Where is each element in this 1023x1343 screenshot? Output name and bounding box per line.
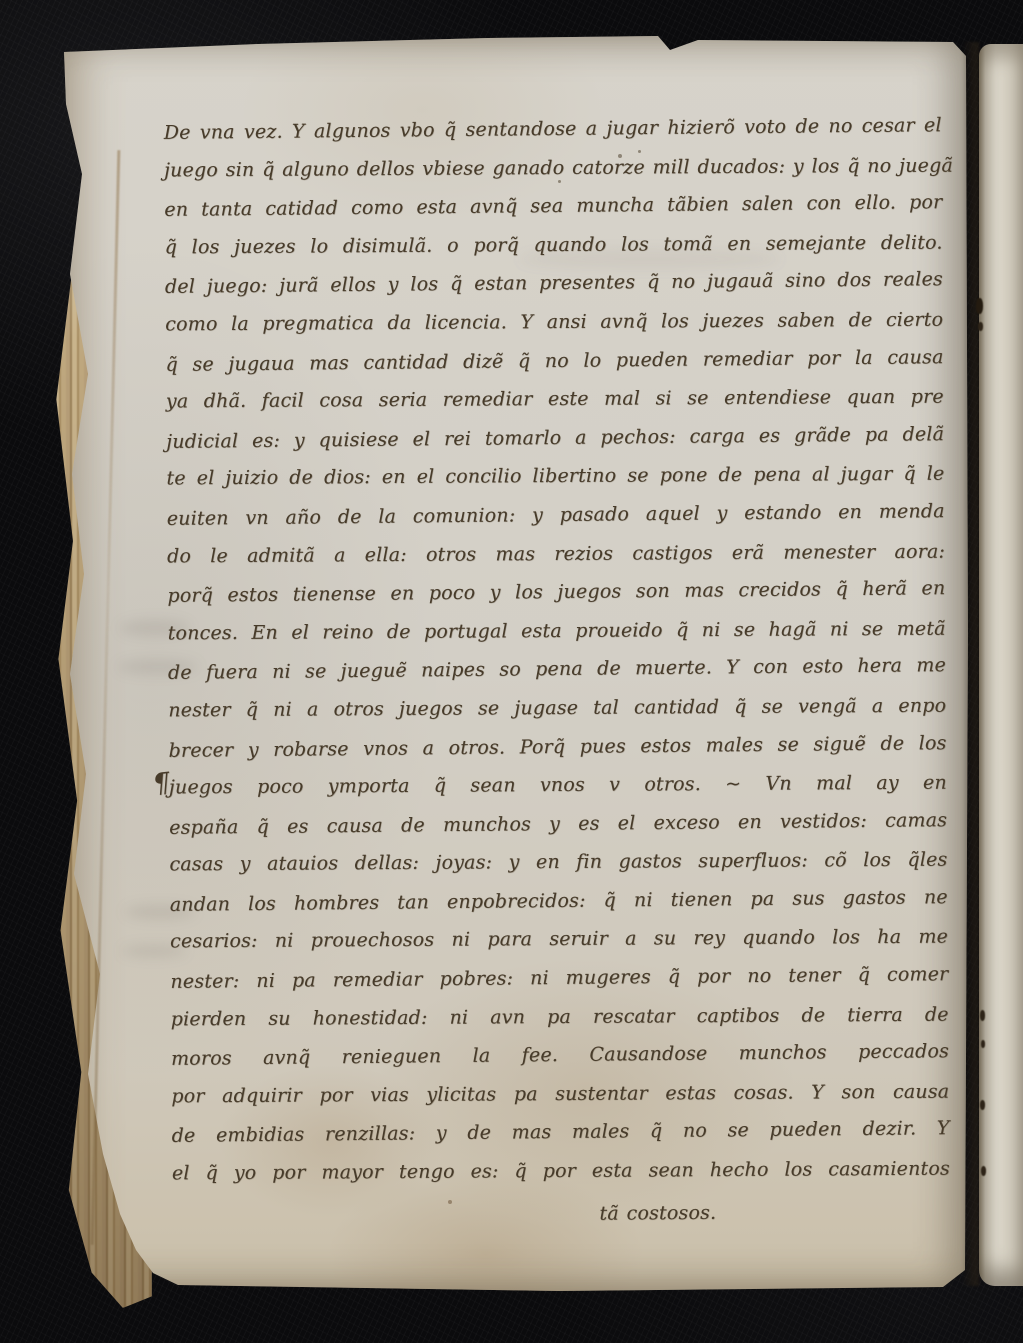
- manuscript-line: de embidias renzillas: y de mas males q̃…: [171, 1110, 949, 1156]
- stitch-dot: [980, 1010, 985, 1021]
- manuscript-line: pierden su honestidad: ni avn pa rescata…: [171, 995, 949, 1038]
- stitch-dot: [981, 1040, 985, 1048]
- manuscript-line: como la pregmatica da licencia. Y ansi a…: [165, 301, 943, 344]
- manuscript-line: ya dhã. facil cosa seria remediar este m…: [166, 378, 944, 421]
- facing-page-edge: [979, 44, 1023, 1286]
- manuscript-line: en tanta catidad como esta avnq̃ sea mun…: [164, 183, 942, 229]
- manuscript-line: del juego: jurã ellos y los q̃ estan pre…: [165, 261, 943, 307]
- manuscript-line: q̃ los juezes lo disimulã. o porq̃ quand…: [165, 223, 943, 266]
- manuscript-line: judicial es: y quisiese el rei tomarlo a…: [166, 415, 944, 461]
- stitch-dot: [978, 322, 983, 331]
- stitch-dot: [976, 298, 983, 314]
- manuscript-line: el q̃ yo por mayor tengo es: q̃ por esta…: [172, 1150, 950, 1193]
- manuscript-line: te el juizio de dios: en el concilio lib…: [166, 455, 944, 498]
- manuscript-line: De vna vez. Y algunos vbo q̃ sentandose …: [164, 106, 942, 152]
- manuscript-line: q̃ se jugaua mas cantidad dizẽ q̃ no lo …: [165, 338, 943, 384]
- manuscript-line: nester: ni pa remediar pobres: ni mugere…: [170, 955, 948, 1001]
- manuscript-line: nester q̃ ni a otros juegos se jugase ta…: [168, 687, 946, 730]
- gutter-groove: [962, 42, 980, 1286]
- manuscript-line: brecer y robarse vnos a otros. Porq̃ pue…: [168, 724, 946, 770]
- manuscript-line: españa q̃ es causa de munchos y es el ex…: [169, 801, 947, 847]
- manuscript-line: casas y atauios dellas: joyas: y en fin …: [169, 841, 947, 884]
- manuscript-line: juegos poco ymporta q̃ sean vnos v otros…: [169, 764, 947, 807]
- manuscript-line: juego sin q̃ alguno dellos vbiese ganado…: [164, 146, 942, 189]
- manuscript-line: cesarios: ni prouechosos ni para seruir …: [170, 918, 948, 961]
- manuscript-text-block: ¶ De vna vez. Y algunos vbo q̃ sentandos…: [164, 107, 951, 1236]
- manuscript-line: euiten vn año de la comunion: y pasado a…: [167, 492, 945, 538]
- manuscript-line: de fuera ni se jueguẽ naipes so pena de …: [168, 646, 946, 692]
- manuscript-line: tonces. En el reino de portugal esta pro…: [168, 609, 946, 652]
- stitch-dot: [980, 1100, 985, 1110]
- manuscript-line: porq̃ estos tienense en poco y los juego…: [167, 569, 945, 615]
- closing-line: tã costosos.: [172, 1192, 950, 1237]
- manuscript-line: moros avnq̃ renieguen la fee. Causandose…: [171, 1032, 949, 1078]
- manuscript-lines: De vna vez. Y algunos vbo q̃ sentandose …: [164, 107, 950, 1194]
- stitch-dot: [981, 1166, 986, 1176]
- photo-background: ¶ De vna vez. Y algunos vbo q̃ sentandos…: [0, 0, 1023, 1343]
- manuscript-line: do le admitã a ella: otros mas rezios ca…: [167, 532, 945, 575]
